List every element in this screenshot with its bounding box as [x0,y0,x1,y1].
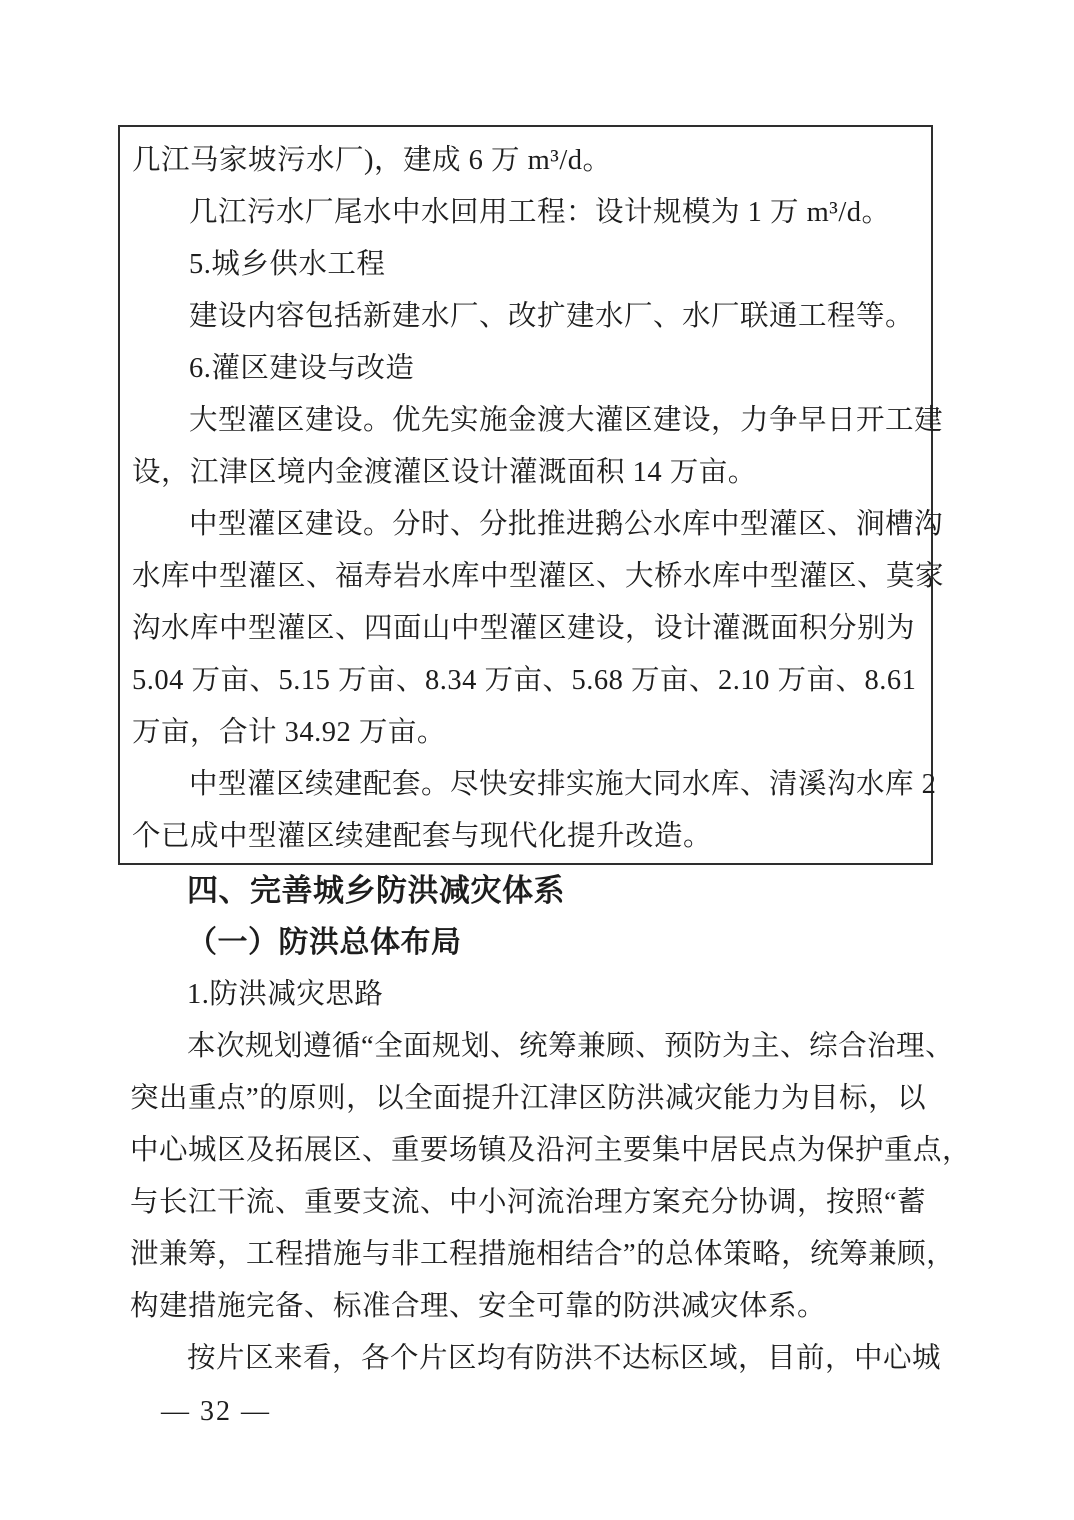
numbered-item-heading: 6.灌区建设与改造 [132,343,931,395]
numbered-item-heading: 1.防洪减灾思路 [130,969,950,1021]
numbered-item-heading: 5.城乡供水工程 [132,239,931,291]
paragraph-line: 按片区来看，各个片区均有防洪不达标区域，目前，中心城 [130,1333,950,1385]
paragraph-line: 泄兼筹，工程措施与非工程措施相结合”的总体策略，统筹兼顾， [130,1229,950,1281]
text-line: 大型灌区建设。优先实施金渡大灌区建设，力争早日开工建 [132,395,931,447]
text-line: 中型灌区续建配套。尽快安排实施大同水库、清溪沟水库 2 [132,759,931,811]
subsection-heading: （一）防洪总体布局 [130,917,950,969]
paragraph-line: 中心城区及拓展区、重要场镇及沿河主要集中居民点为保护重点， [130,1125,950,1177]
text-line: 几江污水厂尾水中水回用工程：设计规模为 1 万 m³/d。 [132,187,931,239]
text-line: 5.04 万亩、5.15 万亩、8.34 万亩、5.68 万亩、2.10 万亩、… [132,655,931,707]
paragraph-line: 与长江干流、重要支流、中小河流治理方案充分协调，按照“蓄 [130,1177,950,1229]
boxed-text-block: 几江马家坡污水厂)，建成 6 万 m³/d。 几江污水厂尾水中水回用工程：设计规… [118,125,933,865]
body-text-block: 四、完善城乡防洪减灾体系 （一）防洪总体布局 1.防洪减灾思路 本次规划遵循“全… [130,865,950,1385]
text-line: 万亩，合计 34.92 万亩。 [132,707,931,759]
section-heading: 四、完善城乡防洪减灾体系 [130,865,950,917]
text-line: 沟水库中型灌区、四面山中型灌区建设，设计灌溉面积分别为 [132,603,931,655]
text-line: 建设内容包括新建水厂、改扩建水厂、水厂联通工程等。 [132,291,931,343]
text-line: 中型灌区建设。分时、分批推进鹅公水库中型灌区、涧槽沟 [132,499,931,551]
text-line: 水库中型灌区、福寿岩水库中型灌区、大桥水库中型灌区、莫家 [132,551,931,603]
text-line: 设，江津区境内金渡灌区设计灌溉面积 14 万亩。 [132,447,931,499]
text-line: 个已成中型灌区续建配套与现代化提升改造。 [132,811,931,863]
paragraph-line: 突出重点”的原则，以全面提升江津区防洪减灾能力为目标，以 [130,1073,950,1125]
text-line: 几江马家坡污水厂)，建成 6 万 m³/d。 [132,135,931,187]
paragraph-line: 本次规划遵循“全面规划、统筹兼顾、预防为主、综合治理、 [130,1021,950,1073]
paragraph-line: 构建措施完备、标准合理、安全可靠的防洪减灾体系。 [130,1281,950,1333]
document-page: 几江马家坡污水厂)，建成 6 万 m³/d。 几江污水厂尾水中水回用工程：设计规… [0,0,1074,1520]
page-number: — 32 — [161,1386,271,1438]
